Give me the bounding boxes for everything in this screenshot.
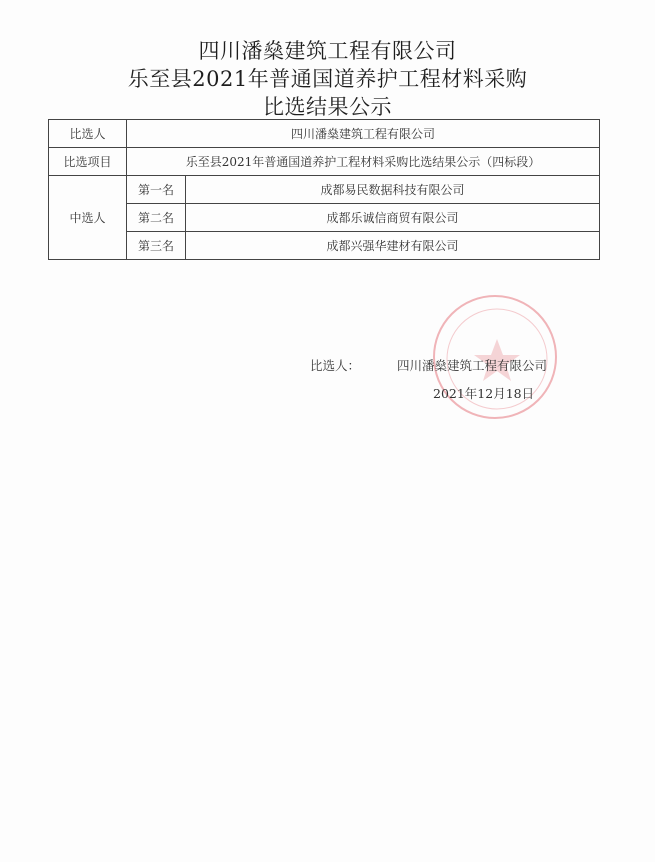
winner-rank: 第三名 — [127, 232, 186, 260]
result-table: 比选人 四川潘燊建筑工程有限公司 比选项目 乐至县2021年普通国道养护工程材料… — [48, 119, 600, 260]
signature-label: 比选人： — [310, 356, 360, 374]
winner-rank: 第二名 — [127, 204, 186, 232]
winner-company: 成都兴强华建材有限公司 — [186, 232, 600, 260]
table-row: 第三名 成都兴强华建材有限公司 — [49, 232, 600, 260]
row-value: 乐至县2021年普通国道养护工程材料采购比选结果公示（四标段） — [127, 148, 600, 176]
signature-company: 四川潘燊建筑工程有限公司 — [397, 356, 547, 374]
table-row: 比选项目 乐至县2021年普通国道养护工程材料采购比选结果公示（四标段） — [49, 148, 600, 176]
row-value: 四川潘燊建筑工程有限公司 — [127, 120, 600, 148]
document-title-line-1: 四川潘燊建筑工程有限公司 — [0, 35, 655, 65]
table-row: 比选人 四川潘燊建筑工程有限公司 — [49, 120, 600, 148]
winners-label: 中选人 — [49, 176, 127, 260]
table-row: 第二名 成都乐诚信商贸有限公司 — [49, 204, 600, 232]
document-title-line-2: 乐至县2021年普通国道养护工程材料采购 — [0, 63, 655, 93]
winner-company: 成都乐诚信商贸有限公司 — [186, 204, 600, 232]
row-label: 比选项目 — [49, 148, 127, 176]
winner-rank: 第一名 — [127, 176, 186, 204]
row-label: 比选人 — [49, 120, 127, 148]
signature-date: 2021年12月18日 — [433, 384, 534, 402]
table-row: 中选人 第一名 成都易民数据科技有限公司 — [49, 176, 600, 204]
winner-company: 成都易民数据科技有限公司 — [186, 176, 600, 204]
document-title-line-3: 比选结果公示 — [0, 91, 655, 121]
